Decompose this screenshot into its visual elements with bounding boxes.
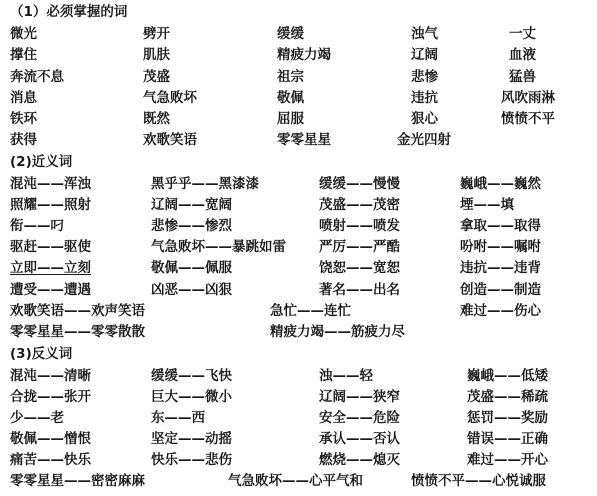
word: 金光四射 xyxy=(397,132,451,148)
synonym-pair: 吩咐——嘱咐 xyxy=(460,239,541,255)
antonym-pair: 愤愤不平——心悦诚服 xyxy=(411,473,546,489)
word: 辽阔 xyxy=(411,47,438,63)
antonym-pair: 气急败坏——心平气和 xyxy=(228,473,363,489)
section-3-title: (3)反义词 xyxy=(10,346,72,362)
word: 欢歌笑语 xyxy=(143,132,197,148)
antonym-pair: 少——老 xyxy=(10,410,64,426)
word: 狠心 xyxy=(411,111,438,127)
word: 猛兽 xyxy=(509,69,536,85)
word: 零零星星 xyxy=(277,132,331,148)
word: 愤愤不平 xyxy=(501,111,555,127)
synonym-pair: 气急败坏——暴跳如雷 xyxy=(151,239,286,255)
synonym-pair: 悲惨——惨烈 xyxy=(151,218,232,234)
word: 气急败坏 xyxy=(143,90,197,106)
word: 一丈 xyxy=(509,26,536,42)
synonym-pair: 精疲力竭——筋疲力尽 xyxy=(270,324,405,340)
word: 风吹雨淋 xyxy=(501,90,555,106)
antonym-pair: 痛苦——快乐 xyxy=(10,452,91,468)
antonym-pair: 缓缓——飞快 xyxy=(151,368,232,384)
word: 血液 xyxy=(509,47,536,63)
section-2-title: (2)近义词 xyxy=(10,154,72,170)
synonym-pair: 黑乎乎——黑漆漆 xyxy=(151,176,259,192)
antonym-pair: 浊——轻 xyxy=(319,368,373,384)
synonym-pair: 拿取——取得 xyxy=(460,218,541,234)
synonym-pair: 欢歌笑语——欢声笑语 xyxy=(10,303,145,319)
word: 消息 xyxy=(10,90,37,106)
antonym-pair: 惩罚——奖励 xyxy=(467,410,548,426)
antonym-pair: 辽阔——狭窄 xyxy=(319,389,400,405)
synonym-pair: 零零星星——零零散散 xyxy=(10,324,145,340)
synonym-pair: 喷射——喷发 xyxy=(319,218,400,234)
word: 奔流不息 xyxy=(10,69,64,85)
antonym-pair: 巨大——微小 xyxy=(151,389,232,405)
word: 劈开 xyxy=(143,26,170,42)
word: 浊气 xyxy=(411,26,438,42)
word: 铁环 xyxy=(10,111,37,127)
word: 悲惨 xyxy=(411,69,438,85)
word: 屈服 xyxy=(277,111,304,127)
antonym-pair: 茂盛——稀疏 xyxy=(467,389,548,405)
antonym-pair: 快乐——悲伤 xyxy=(151,452,232,468)
word: 获得 xyxy=(10,132,37,148)
antonym-pair: 敬佩——憎恨 xyxy=(10,431,91,447)
synonym-pair: 凶恶——凶狠 xyxy=(151,282,232,298)
synonym-pair: 难过——伤心 xyxy=(460,303,541,319)
synonym-pair: 创造——制造 xyxy=(460,282,541,298)
word: 肌肤 xyxy=(143,47,170,63)
word: 违抗 xyxy=(411,90,438,106)
synonym-pair: 违抗——违背 xyxy=(460,260,541,276)
synonym-pair: 混沌——浑浊 xyxy=(10,176,91,192)
synonym-pair: 辽阔——宽阔 xyxy=(151,197,232,213)
antonym-pair: 零零星星——密密麻麻 xyxy=(10,473,145,489)
synonym-pair: 遭受——遭遇 xyxy=(10,282,91,298)
antonym-pair: 燃烧——熄灭 xyxy=(319,452,400,468)
synonym-pair: 堙——填 xyxy=(460,197,514,213)
antonym-pair: 巍峨——低矮 xyxy=(467,368,548,384)
synonym-pair: 立即——立刻 xyxy=(10,260,91,276)
synonym-pair: 著名——出名 xyxy=(319,282,400,298)
synonym-pair: 照耀——照射 xyxy=(10,197,91,213)
synonym-pair: 缓缓——慢慢 xyxy=(319,176,400,192)
synonym-pair: 驱赶——驱使 xyxy=(10,239,91,255)
word: 祖宗 xyxy=(277,69,304,85)
word: 精疲力竭 xyxy=(277,47,331,63)
antonym-pair: 安全——危险 xyxy=(319,410,400,426)
synonym-pair: 茂盛——茂密 xyxy=(319,197,400,213)
antonym-pair: 东——西 xyxy=(151,410,205,426)
antonym-pair: 错误——正确 xyxy=(467,431,548,447)
word: 微光 xyxy=(10,26,37,42)
word: 撑住 xyxy=(10,47,37,63)
synonym-pair: 饶恕——宽恕 xyxy=(319,260,400,276)
synonym-pair: 急忙——连忙 xyxy=(270,303,351,319)
antonym-pair: 混沌——清晰 xyxy=(10,368,91,384)
word: 茂盛 xyxy=(143,69,170,85)
synonym-pair: 严厉——严酷 xyxy=(319,239,400,255)
synonym-pair: 敬佩——佩服 xyxy=(151,260,232,276)
section-1-title: （1）必须掌握的词 xyxy=(10,4,127,20)
word: 敬佩 xyxy=(277,90,304,106)
antonym-pair: 坚定——动摇 xyxy=(151,431,232,447)
synonym-pair: 巍峨——巍然 xyxy=(460,176,541,192)
antonym-pair: 承认——否认 xyxy=(319,431,400,447)
word: 既然 xyxy=(143,111,170,127)
synonym-pair: 衔——叼 xyxy=(10,218,64,234)
antonym-pair: 难过——开心 xyxy=(467,452,548,468)
word: 缓缓 xyxy=(277,26,304,42)
antonym-pair: 合拢——张开 xyxy=(10,389,91,405)
